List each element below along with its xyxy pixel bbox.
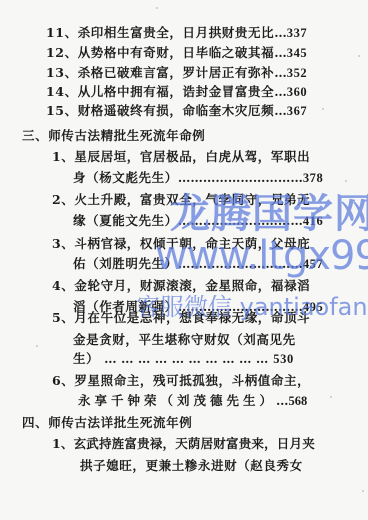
- entry-number: 6、: [52, 373, 74, 388]
- section-heading-3: 三、师传古法精批生死流年命例: [22, 128, 205, 144]
- leader-dots: …: [274, 65, 287, 80]
- scan-speck: [358, 55, 360, 57]
- entry-number: 1、: [52, 436, 74, 451]
- entry-number: 13、: [46, 65, 78, 80]
- entry-number: 15、: [46, 103, 78, 118]
- entry-number: 2、: [52, 192, 74, 207]
- section-heading-4: 四、师传古法详批生死流年例: [22, 415, 192, 431]
- entry-title: 财格遥破终有损，命临奎木灾厄频: [78, 103, 275, 118]
- page-number: 568: [289, 394, 308, 408]
- entry-number: 4、: [52, 278, 74, 293]
- entry-title: 杀格已破难言富，罗计居正有弥补: [78, 65, 275, 80]
- page-number: 360: [287, 85, 308, 99]
- page-number: 530: [273, 352, 294, 366]
- entry-number: 14、: [46, 84, 78, 99]
- entry-title: 杀印相生富贵全，日月拱财贵无比: [78, 25, 275, 40]
- page-number: 337: [287, 26, 308, 40]
- leader-dots: … … … … … … … … … …: [104, 351, 268, 366]
- entry-title: 从势格中有奇财，日毕临之破其福: [78, 45, 275, 60]
- scan-speck: [322, 108, 324, 110]
- case-entry-1-line1: 1、星辰居垣，官居极品，白虎从驾，军职出: [52, 149, 310, 165]
- watermark-url: www.ltgx99.com: [155, 233, 368, 279]
- entry-number: 3、: [52, 236, 74, 251]
- scan-speck: [156, 7, 158, 9]
- entry-number: 12、: [46, 45, 78, 60]
- leader-dots: …: [274, 84, 287, 99]
- watermark-brand: 龙腾国学网: [170, 182, 368, 239]
- case-entry-6-line2: 永享千钟荣（刘茂德先生）…568: [78, 393, 307, 409]
- entry-number: 5、: [52, 310, 74, 325]
- scan-speck: [362, 490, 364, 492]
- case-entry-5-line2: 金是贪财，平生堪称守财奴（刘高见先: [73, 332, 296, 348]
- toc-entry-11: 11、杀印相生富贵全，日月拱财贵无比…337: [46, 25, 307, 41]
- page-number: 367: [287, 104, 308, 118]
- entry-number: 1、: [52, 149, 74, 164]
- entry-title-cont: 生）: [73, 351, 99, 366]
- watermark-contact: 客服微信 yantiaofan225: [136, 287, 368, 322]
- entry-title: 玄武持旌富贵禄，天荫居财富贵来，日月夹: [74, 436, 315, 451]
- entry-title: 星辰居垣，官居极品，白虎从驾，军职出: [74, 149, 310, 164]
- scan-speck: [36, 345, 38, 347]
- page-number: 352: [287, 66, 308, 80]
- leader-dots: …: [274, 25, 287, 40]
- entry-title-cont: 拱子媳旺，更兼土糁永进财（赵良秀女: [80, 458, 303, 473]
- entry-title-cont: 永享千钟荣（刘茂德先生）: [78, 393, 276, 408]
- entry-number: 11、: [46, 25, 78, 40]
- entry-title: 罗星照命主，残可抵孤独，斗柄值命主，: [74, 373, 310, 388]
- entry-title-cont: 身（杨文彪先生）: [73, 170, 178, 185]
- page-number: 345: [287, 46, 308, 60]
- case-entry-s4-1-line2: 拱子媳旺，更兼土糁永进财（赵良秀女: [80, 458, 303, 474]
- toc-entry-15: 15、财格遥破终有损，命临奎木灾厄频…367: [46, 103, 307, 119]
- book-page: 11、杀印相生富贵全，日月拱财贵无比…337 12、从势格中有奇财，日毕临之破其…: [0, 0, 368, 520]
- case-entry-5-line3: 生） … … … … … … … … … … 530: [73, 351, 294, 367]
- case-entry-s4-1-line1: 1、玄武持旌富贵禄，天荫居财富贵来，日月夹: [52, 436, 315, 452]
- entry-title-cont: 金是贪财，平生堪称守财奴（刘高见先: [73, 332, 296, 347]
- case-entry-6-line1: 6、罗星照命主，残可抵孤独，斗柄值命主，: [52, 373, 310, 389]
- scan-speck: [330, 396, 332, 398]
- entry-title-cont: 缘（夏能文先生）: [73, 213, 178, 228]
- toc-entry-14: 14、从儿格中拥有福，诰封金冒富贵全…360: [46, 84, 307, 100]
- leader-dots: …: [276, 393, 289, 408]
- leader-dots: …: [274, 45, 287, 60]
- toc-entry-13: 13、杀格已破难言富，罗计居正有弥补…352: [46, 65, 307, 81]
- leader-dots: …: [274, 103, 287, 118]
- entry-title: 从儿格中拥有福，诰封金冒富贵全: [78, 84, 275, 99]
- toc-entry-12: 12、从势格中有奇财，日毕临之破其福…345: [46, 45, 307, 61]
